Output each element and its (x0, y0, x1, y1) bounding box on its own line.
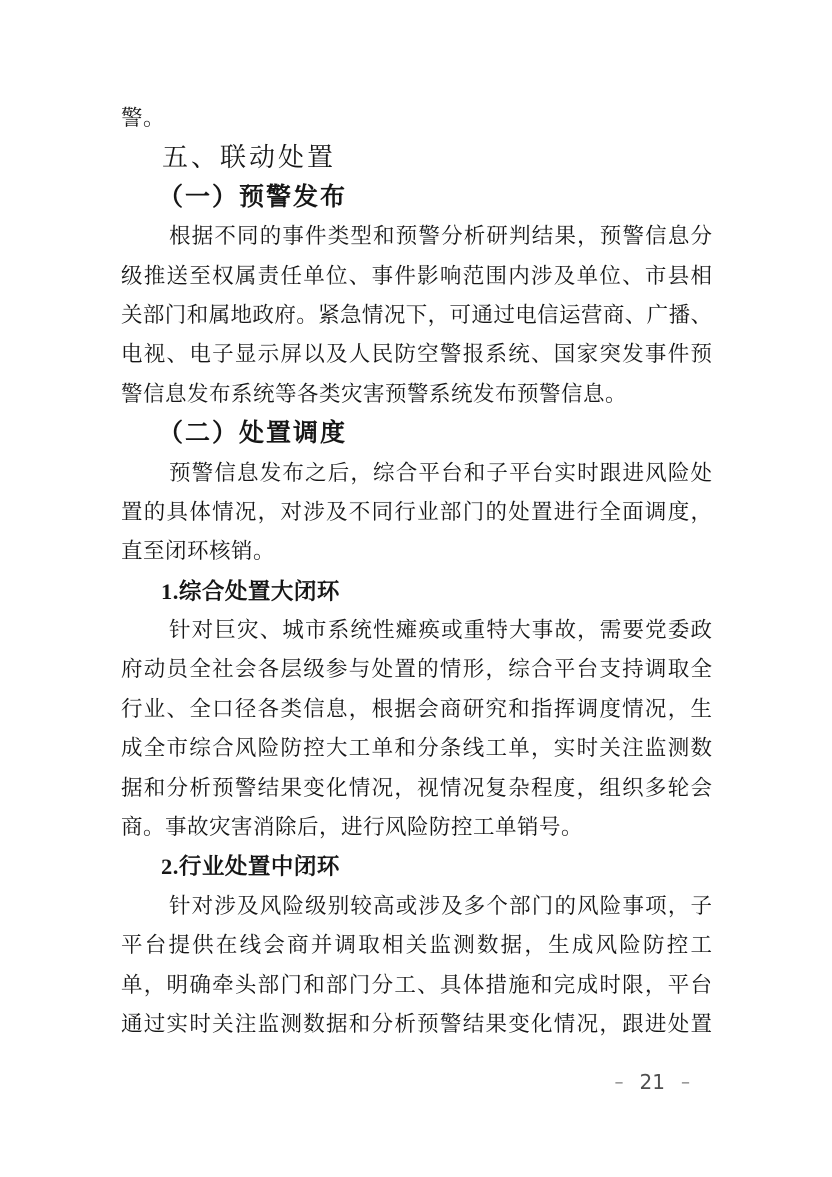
paragraph-line: 府动员全社会各层级参与处置的情形，综合平台支持调取全 (121, 650, 712, 689)
paragraph-line: 根据不同的事件类型和预警分析研判结果，预警信息分 (121, 217, 712, 256)
paragraph-line: 电视、电子显示屏以及人民防空警报系统、国家突发事件预 (121, 335, 712, 374)
paragraph-line: 成全市综合风险防控大工单和分条线工单，实时关注监测数 (121, 729, 712, 768)
paragraph-line: 商。事故灾害消除后，进行风险防控工单销号。 (121, 808, 712, 847)
paragraph-line: 直至闭环核销。 (121, 532, 712, 571)
page-number: 21 (640, 1070, 665, 1094)
section-heading: 五、联动处置 (121, 138, 712, 177)
numbered-subheading: 1.综合处置大闭环 (121, 572, 712, 611)
document-page: 警。 五、联动处置 （一）预警发布 根据不同的事件类型和预警分析研判结果，预警信… (0, 0, 832, 1177)
paragraph-line: 预警信息发布之后，综合平台和子平台实时跟进风险处 (121, 454, 712, 493)
page-footer: – 21 – (615, 1070, 690, 1094)
subsection-heading: （一）预警发布 (121, 178, 712, 217)
subsection-heading: （二）处置调度 (121, 414, 712, 453)
paragraph-line: 关部门和属地政府。紧急情况下，可通过电信运营商、广播、 (121, 296, 712, 335)
paragraph-line: 警。 (121, 99, 712, 138)
paragraph-line: 通过实时关注监测数据和分析预警结果变化情况，跟进处置 (121, 1005, 712, 1044)
paragraph-line: 级推送至权属责任单位、事件影响范围内涉及单位、市县相 (121, 257, 712, 296)
numbered-subheading: 2.行业处置中闭环 (121, 847, 712, 886)
paragraph-line: 平台提供在线会商并调取相关监测数据，生成风险防控工 (121, 926, 712, 965)
page-number-dash-left: – (615, 1072, 624, 1093)
paragraph-line: 置的具体情况，对涉及不同行业部门的处置进行全面调度， (121, 493, 712, 532)
page-number-dash-right: – (681, 1072, 690, 1093)
text-column: 警。 五、联动处置 （一）预警发布 根据不同的事件类型和预警分析研判结果，预警信… (121, 99, 712, 1044)
paragraph-line: 行业、全口径各类信息，根据会商研究和指挥调度情况，生 (121, 690, 712, 729)
paragraph-line: 据和分析预警结果变化情况，视情况复杂程度，组织多轮会 (121, 769, 712, 808)
paragraph-line: 针对巨灾、城市系统性瘫痪或重特大事故，需要党委政 (121, 611, 712, 650)
paragraph-line: 针对涉及风险级别较高或涉及多个部门的风险事项，子 (121, 887, 712, 926)
paragraph-line: 警信息发布系统等各类灾害预警系统发布预警信息。 (121, 375, 712, 414)
paragraph-line: 单，明确牵头部门和部门分工、具体措施和完成时限，平台 (121, 966, 712, 1005)
